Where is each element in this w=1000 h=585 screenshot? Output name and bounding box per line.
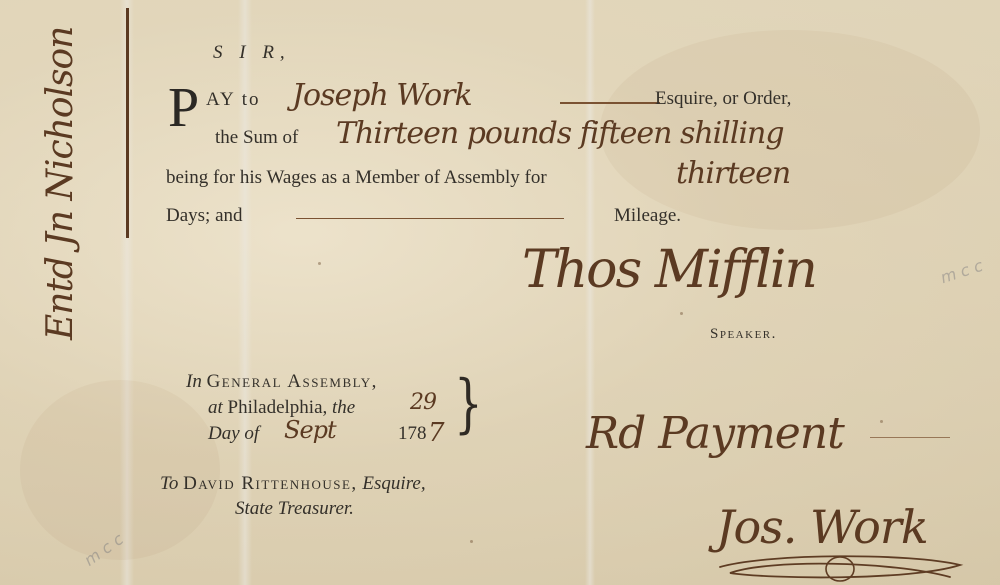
payee-name-handwritten: Joseph Work (292, 78, 472, 113)
salutation: S I R, (213, 42, 291, 64)
paper-speck (470, 540, 473, 543)
drop-cap: P (168, 80, 199, 136)
assembly-line-1: In General Assembly, (186, 371, 378, 393)
year-handwritten-digit: 7 (428, 418, 444, 448)
days-and-label: Days; and (166, 205, 243, 227)
amount-handwritten: Thirteen pounds fifteen shilling (336, 116, 784, 151)
sum-label: the Sum of (215, 127, 298, 149)
year-printed: 178 (398, 423, 427, 445)
receipt-signature-payment: Rd Payment (586, 408, 844, 459)
addressee-line-2: State Treasurer. (235, 498, 354, 520)
mileage-blank-line (296, 218, 564, 219)
addressee-line-1: To David Rittenhouse, Esquire, (160, 473, 426, 495)
paper-stain (20, 380, 220, 560)
pay-to-label: AY to (206, 89, 261, 111)
speaker-signature: Thos Mifflin (522, 240, 816, 300)
receipt-signature-work: Jos. Work (716, 500, 928, 554)
paper-speck (680, 312, 683, 315)
speaker-label: Speaker. (710, 326, 777, 343)
paper-speck (880, 420, 883, 423)
margin-ink-stroke (126, 8, 129, 238)
payee-underline (560, 102, 660, 104)
brace: } (454, 372, 483, 436)
receipt-underline (870, 437, 950, 438)
mileage-label: Mileage. (614, 205, 681, 227)
day-of-label: Day of (208, 423, 259, 445)
wages-label: being for his Wages as a Member of Assem… (166, 167, 547, 189)
month-handwritten: Sept (284, 416, 336, 444)
paper-speck (318, 262, 321, 265)
day-handwritten: 29 (410, 390, 436, 415)
margin-signature: Entd Jn Nicholson (40, 27, 81, 340)
signature-flourish (710, 555, 970, 585)
days-handwritten: thirteen (676, 156, 790, 191)
esquire-or-order-label: Esquire, or Order, (655, 88, 791, 110)
